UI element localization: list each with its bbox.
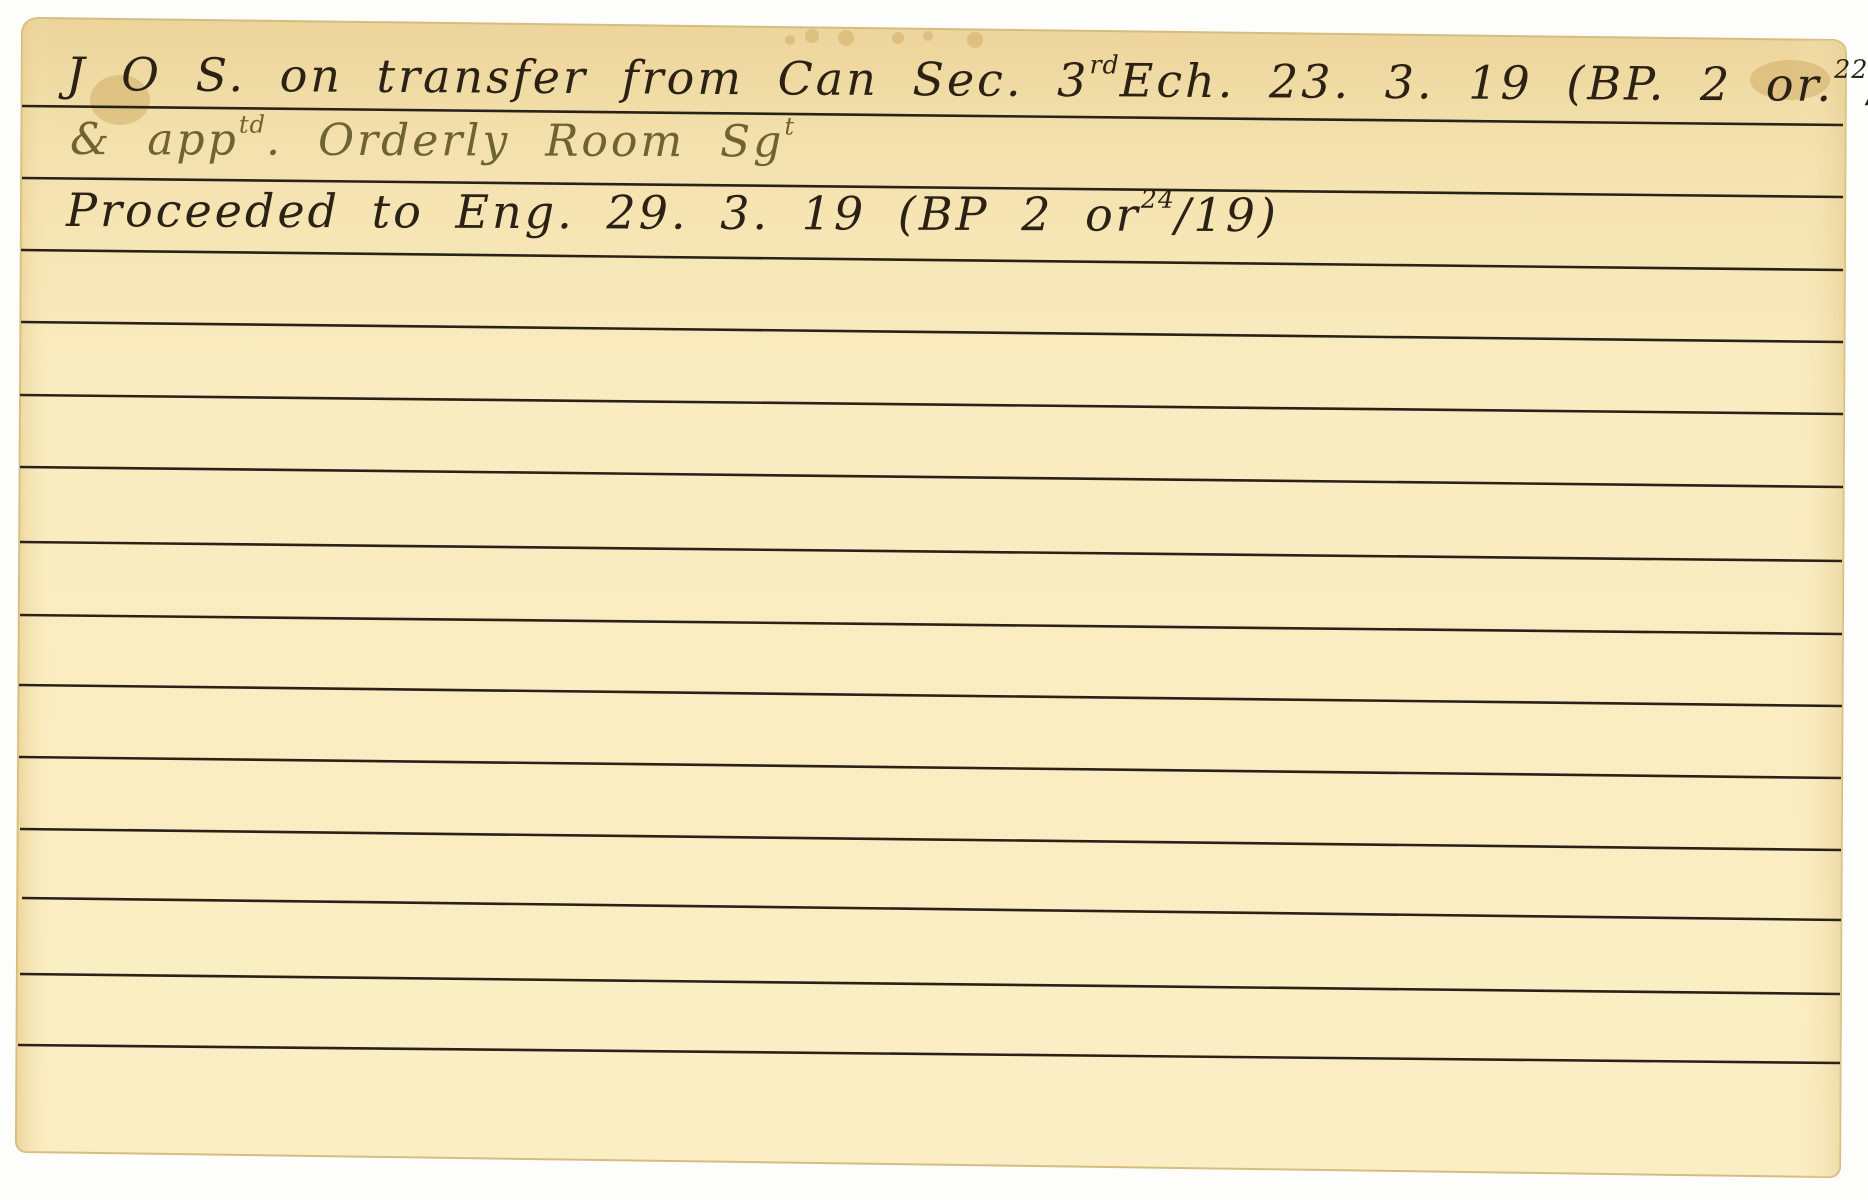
entry-2-superscript-td: td <box>239 111 266 139</box>
entry-2-part-a: & app <box>70 114 239 166</box>
entry-3-part-b: /19) <box>1175 188 1279 242</box>
entry-proceeded: Proceeded to Eng. 29. 3. 19 (BP 2 or 24/… <box>66 180 1279 242</box>
entry-appointment: & apptd. Orderly Room Sgt <box>70 110 795 167</box>
entry-1-part-b: Ech. 23. 3. 19 (BP. 2 or. <box>1120 53 1835 111</box>
entry-3-superscript-24: 24 <box>1141 185 1175 214</box>
entry-1-superscript-rd: rd <box>1089 50 1119 79</box>
entry-1-part-a: J O S. on transfer from Can Sec. 3 <box>66 47 1090 107</box>
scanned-page: J O S. on transfer from Can Sec. 3rd Ech… <box>0 0 1868 1200</box>
entry-transfer: J O S. on transfer from Can Sec. 3rd Ech… <box>66 44 1868 112</box>
record-card: J O S. on transfer from Can Sec. 3rd Ech… <box>0 0 1868 1200</box>
entry-2-superscript-t: t <box>784 112 795 140</box>
entry-2-part-b: . Orderly Room Sg <box>266 114 785 167</box>
entry-3-part-a: Proceeded to Eng. 29. 3. 19 (BP 2 or <box>66 183 1141 242</box>
entry-1-superscript-22: 22 <box>1834 55 1868 84</box>
